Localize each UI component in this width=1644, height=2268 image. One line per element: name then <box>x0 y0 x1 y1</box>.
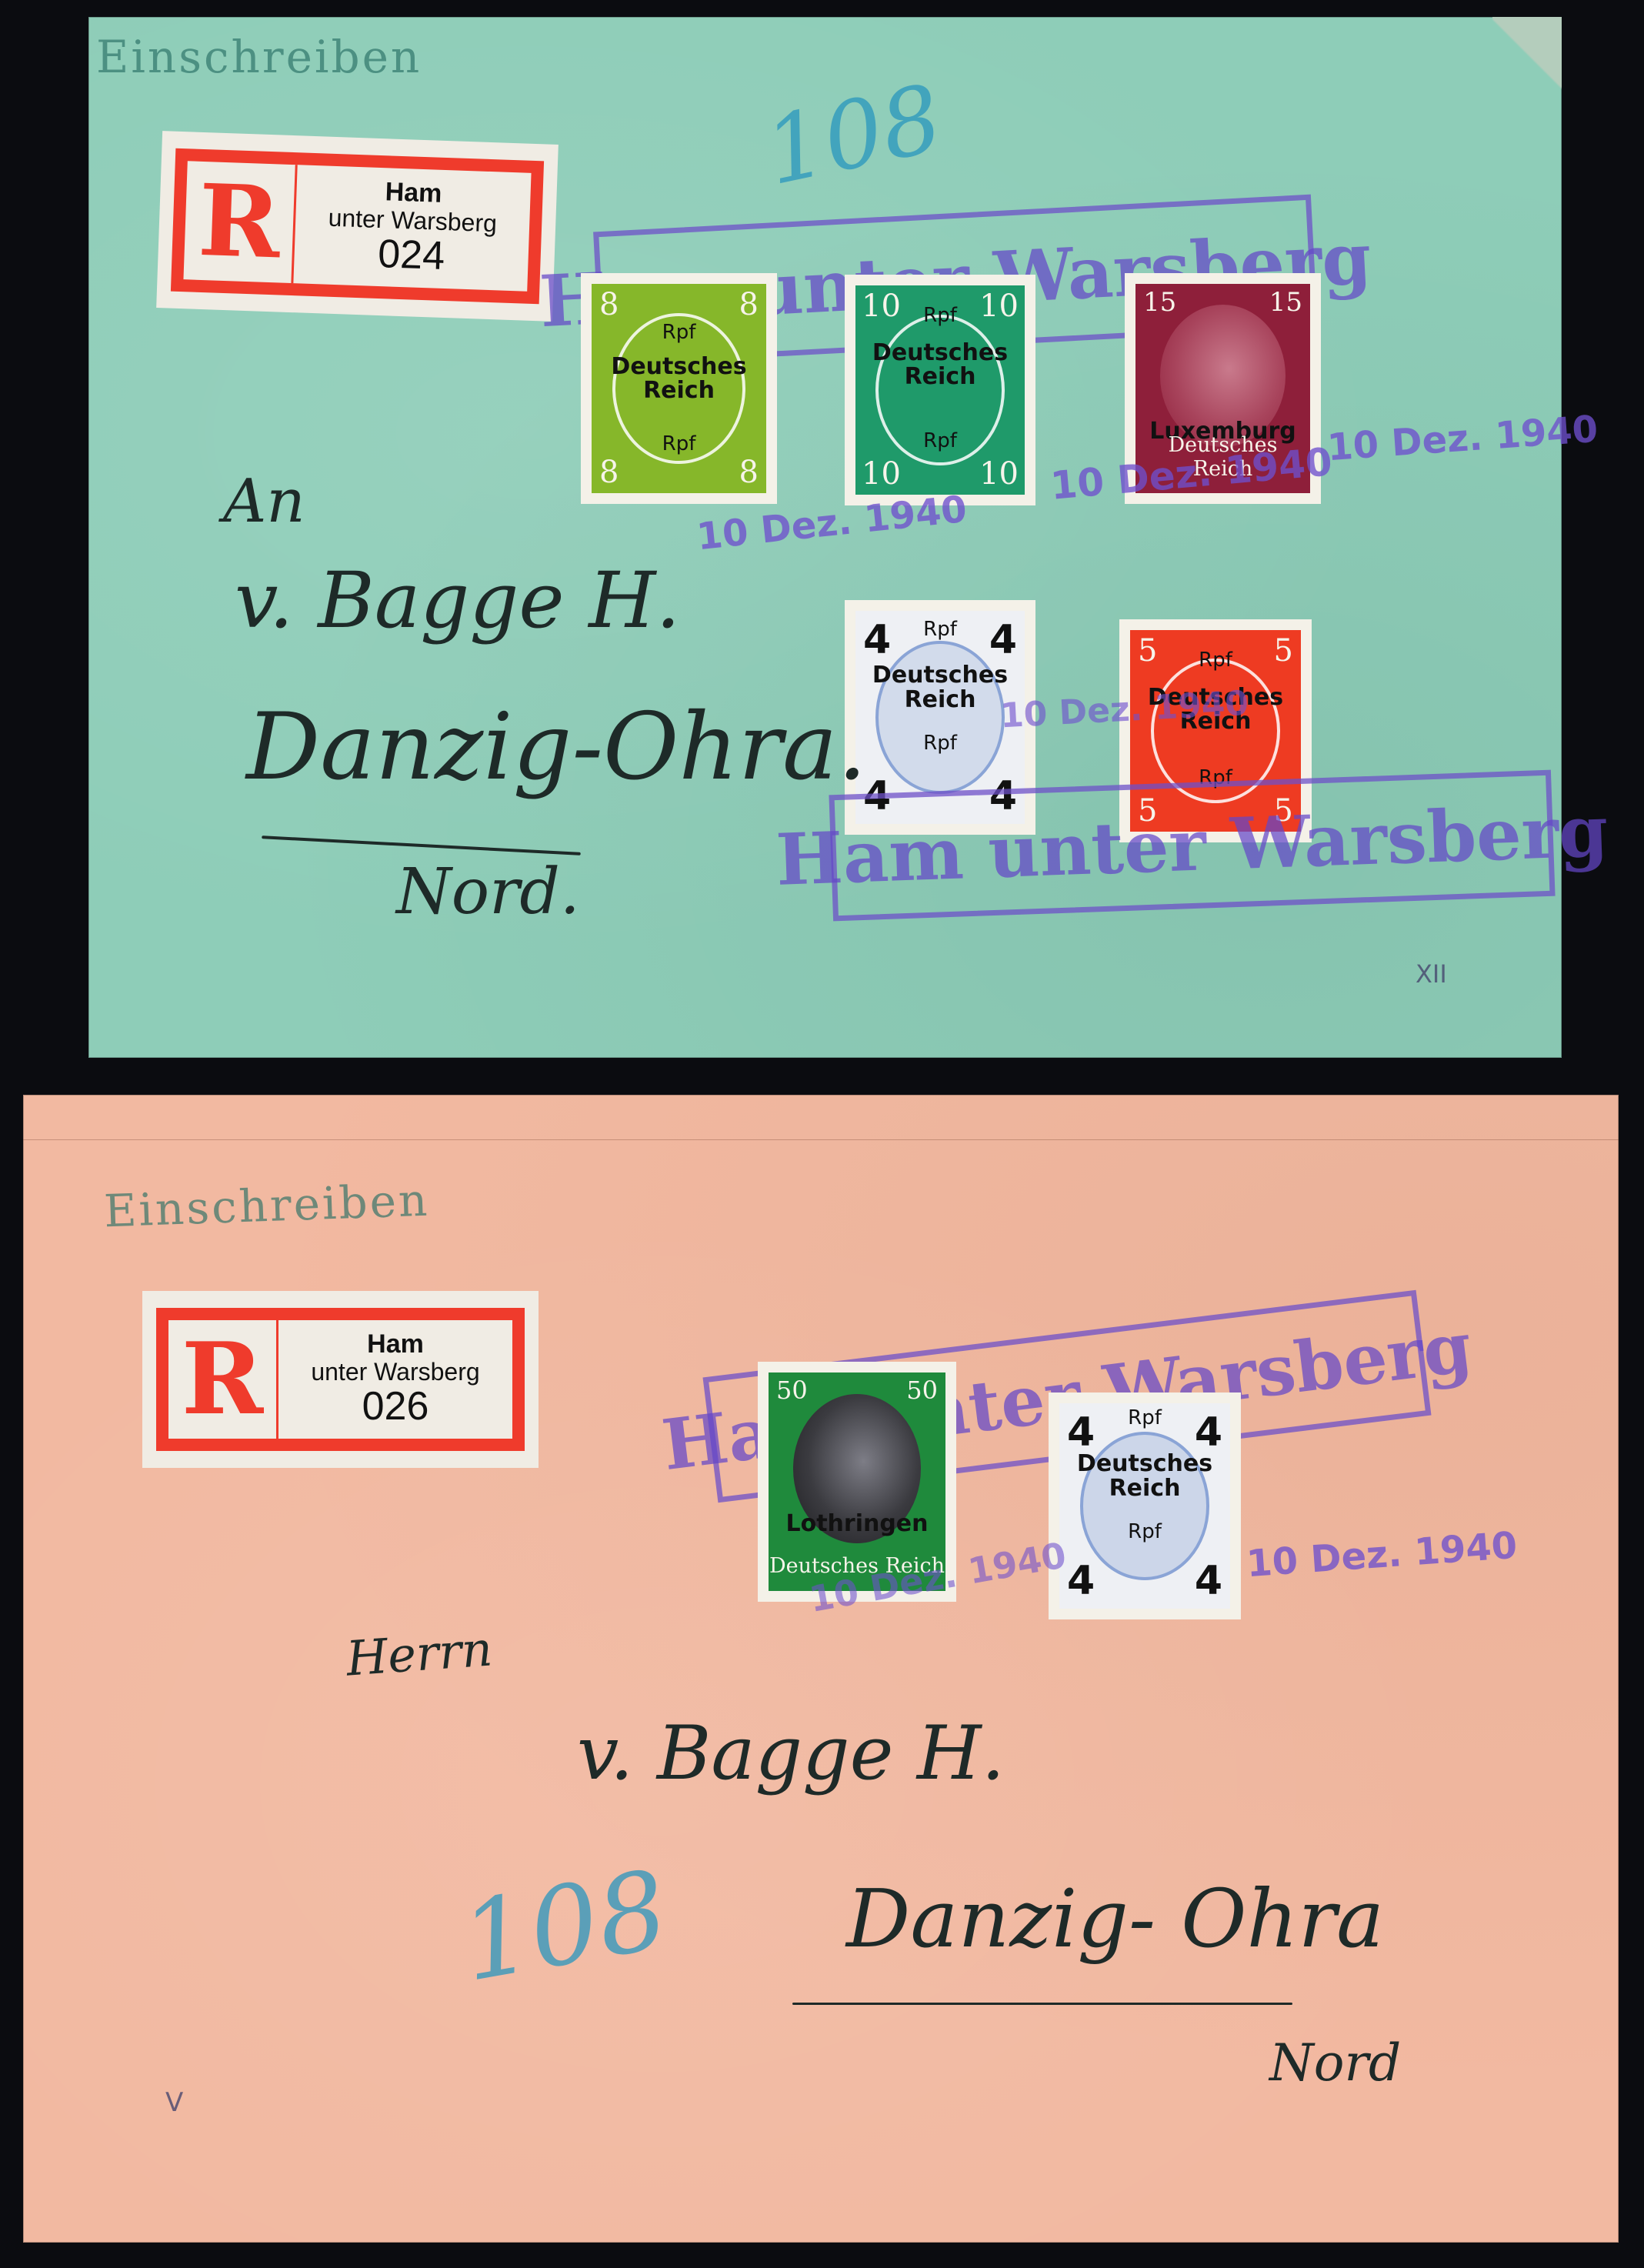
address-district: Nord. <box>396 856 580 929</box>
einschreiben-handstamp: Einschreiben <box>103 1174 430 1238</box>
overprint-deutsches: Deutsches <box>872 341 1008 365</box>
address-city: Danzig- Ohra <box>846 1872 1384 1966</box>
address-name: v. Bagge H. <box>235 555 680 645</box>
address-name: v. Bagge H. <box>577 1710 1005 1796</box>
registration-r-letter: R <box>182 1330 263 1429</box>
overprint-deutsches: Deutsches <box>1077 1452 1212 1476</box>
overprint-rpf-top: Rpf <box>662 322 696 343</box>
pencil-corner-mark: V <box>165 2087 183 2118</box>
pencil-corner-mark: XII <box>1416 959 1447 989</box>
registration-label: R Ham unter Warsberg 026 <box>142 1291 539 1468</box>
overprint-rpf-top: Rpf <box>923 305 957 326</box>
einschreiben-handstamp: Einschreiben <box>96 31 422 83</box>
address-salutation: Herrn <box>345 1620 495 1686</box>
registration-office: Ham <box>385 179 442 208</box>
address-district: Nord <box>1269 2033 1401 2093</box>
overprint-deutsches: Deutsches <box>611 355 746 379</box>
overprint-reich: Reich <box>905 365 976 389</box>
stamp-8-rpf: 8 8 8 8 Rpf Deutsches Reich Rpf <box>581 273 777 504</box>
envelope-flap-line <box>23 1139 1619 1140</box>
overprint-reich: Reich <box>1109 1476 1181 1501</box>
overprint-lothringen: Lothringen <box>769 1510 945 1537</box>
stamp-4-rpf-surcharge: 4 4 4 4 Rpf Deutsches Reich Rpf <box>1049 1392 1241 1619</box>
address-underline <box>262 835 581 856</box>
pencil-note: 108 <box>452 1847 676 2006</box>
registration-number: 026 <box>362 1386 429 1428</box>
address-city: Danzig-Ohra. <box>246 694 867 801</box>
overprint-rpf-bottom: Rpf <box>923 431 957 452</box>
registration-label: R Ham unter Warsberg 024 <box>156 131 559 322</box>
registration-r-letter: R <box>197 172 282 273</box>
datestamp: 10 Dez. 1940 <box>1245 1524 1518 1586</box>
registration-office-line2: unter Warsberg <box>311 1359 479 1386</box>
registration-number: 024 <box>377 233 445 278</box>
town-cachet: Ham unter Warsberg <box>829 770 1555 922</box>
datestamp: 10 Dez. 1940 <box>1326 408 1599 469</box>
overprint-rpf-bottom: Rpf <box>662 434 696 455</box>
registered-cover-1: Einschreiben R Ham unter Warsberg 024 10… <box>88 17 1562 1058</box>
stamp-10-rpf: 10 10 10 10 Rpf Deutsches Reich Rpf <box>845 275 1035 505</box>
overprint-deutsches: Deutsches <box>872 663 1008 688</box>
address-salutation: An <box>223 467 305 536</box>
overprint-rpf-top: Rpf <box>1199 650 1232 671</box>
registration-office: Ham <box>367 1331 424 1359</box>
address-underline <box>792 2003 1292 2005</box>
overprint-reich: Reich <box>643 379 715 403</box>
pencil-note: 108 <box>756 65 951 207</box>
registered-cover-2: Einschreiben R Ham unter Warsberg 026 Ha… <box>23 1095 1619 2243</box>
overprint-reich: Reich <box>905 688 976 712</box>
